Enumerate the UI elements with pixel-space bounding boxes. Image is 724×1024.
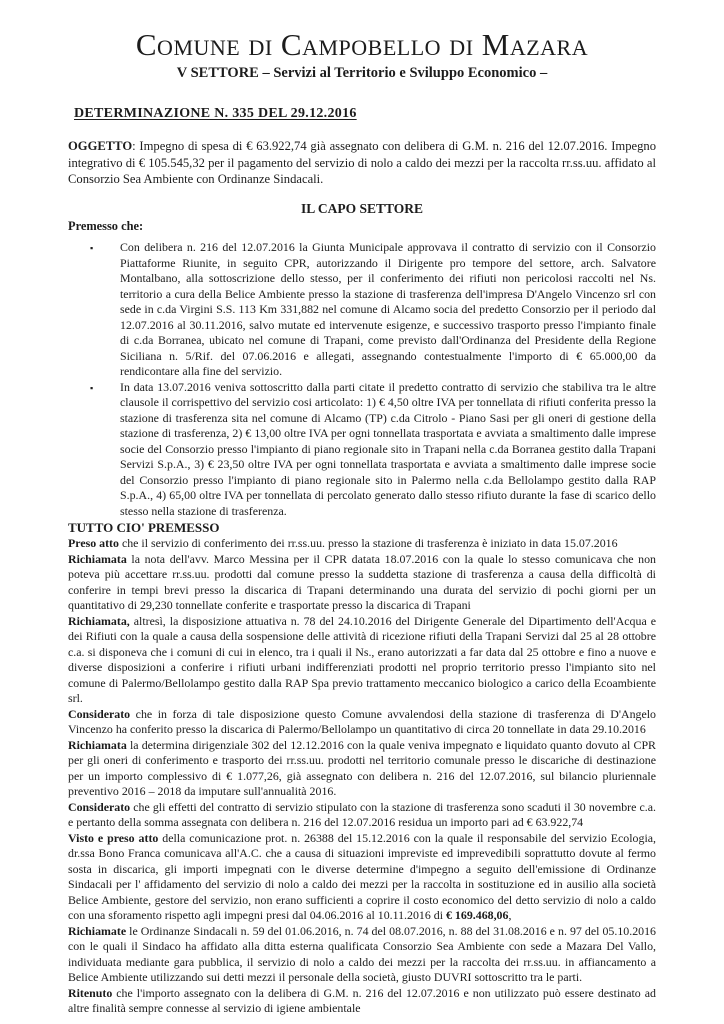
paragraph-considerato-disposizione: Considerato che in forza di tale disposi… [68, 707, 656, 738]
paragraph-preso-atto: Preso atto che il servizio di conferimen… [68, 536, 656, 552]
oggetto-paragraph: OGGETTO: Impegno di spesa di € 63.922,74… [68, 138, 656, 188]
paragraph-lead: Visto e preso atto [68, 831, 158, 845]
paragraph-visto-preso-atto: Visto e preso atto della comunicazione p… [68, 831, 656, 924]
paragraph-considerato-effetti: Considerato che gli effetti del contratt… [68, 800, 656, 831]
paragraph-lead: Ritenuto [68, 986, 112, 1000]
paragraph-text: la nota dell'avv. Marco Messina per il C… [68, 552, 656, 613]
paragraph-richiamata-altresi: Richiamata, altresì, la disposizione att… [68, 614, 656, 707]
paragraph-text: che il servizio di conferimento dei rr.s… [119, 536, 618, 550]
section-subtitle: V SETTORE – Servizi al Territorio e Svil… [68, 64, 656, 82]
determination-heading: DETERMINAZIONE N. 335 DEL 29.12.2016 [74, 106, 357, 122]
bullet-text-delibera-216: Con delibera n. 216 del 12.07.2016 la Gi… [120, 240, 656, 380]
paragraph-text: la determina dirigenziale 302 del 12.12.… [68, 738, 656, 799]
paragraph-text: che gli effetti del contratto di servizi… [68, 800, 656, 830]
paragraph-text: che l'importo assegnato con la delibera … [68, 986, 656, 1016]
determination-heading-row: DETERMINAZIONE N. 335 DEL 29.12.2016 [68, 104, 656, 122]
document-page: Comune di Campobello di Mazara V SETTORE… [0, 0, 724, 1017]
oggetto-label: OGGETTO [68, 139, 132, 153]
paragraph-text: che in forza di tale disposizione questo… [68, 707, 656, 737]
paragraph-richiamate-ordinanze: Richiamate le Ordinanze Sindacali n. 59 … [68, 924, 656, 986]
list-item: ▪ In data 13.07.2016 veniva sottoscritto… [90, 380, 656, 520]
paragraph-tail: , [508, 908, 511, 922]
tutto-cio-heading: TUTTO CIO' PREMESSO [68, 520, 656, 536]
premesso-label: Premesso che: [68, 218, 656, 235]
paragraph-bold-amount: € 169.468,06 [446, 908, 508, 922]
square-bullet-icon: ▪ [90, 380, 120, 520]
square-bullet-icon: ▪ [90, 240, 120, 380]
document-header: Comune di Campobello di Mazara V SETTORE… [68, 28, 656, 82]
bullet-list: ▪ Con delibera n. 216 del 12.07.2016 la … [90, 240, 656, 519]
list-item: ▪ Con delibera n. 216 del 12.07.2016 la … [90, 240, 656, 380]
capo-settore-heading: IL CAPO SETTORE [68, 200, 656, 217]
paragraph-richiamata-determina: Richiamata la determina dirigenziale 302… [68, 738, 656, 800]
paragraph-lead: Considerato [68, 800, 130, 814]
paragraph-lead: Considerato [68, 707, 130, 721]
page-title: Comune di Campobello di Mazara [68, 28, 656, 62]
paragraph-richiamata-nota: Richiamata la nota dell'avv. Marco Messi… [68, 552, 656, 614]
paragraph-lead: Richiamata [68, 738, 127, 752]
paragraph-lead: Preso atto [68, 536, 119, 550]
paragraph-lead: Richiamata [68, 552, 127, 566]
paragraph-text: altresì, la disposizione attuativa n. 78… [68, 614, 656, 706]
oggetto-text: : Impegno di spesa di € 63.922,74 già as… [68, 139, 656, 186]
paragraph-text: le Ordinanze Sindacali n. 59 del 01.06.2… [68, 924, 656, 985]
paragraph-ritenuto: Ritenuto che l'importo assegnato con la … [68, 986, 656, 1017]
bullet-text-contratto-servizio: In data 13.07.2016 veniva sottoscritto d… [120, 380, 656, 520]
paragraph-lead: Richiamata, [68, 614, 130, 628]
paragraph-lead: Richiamate [68, 924, 126, 938]
